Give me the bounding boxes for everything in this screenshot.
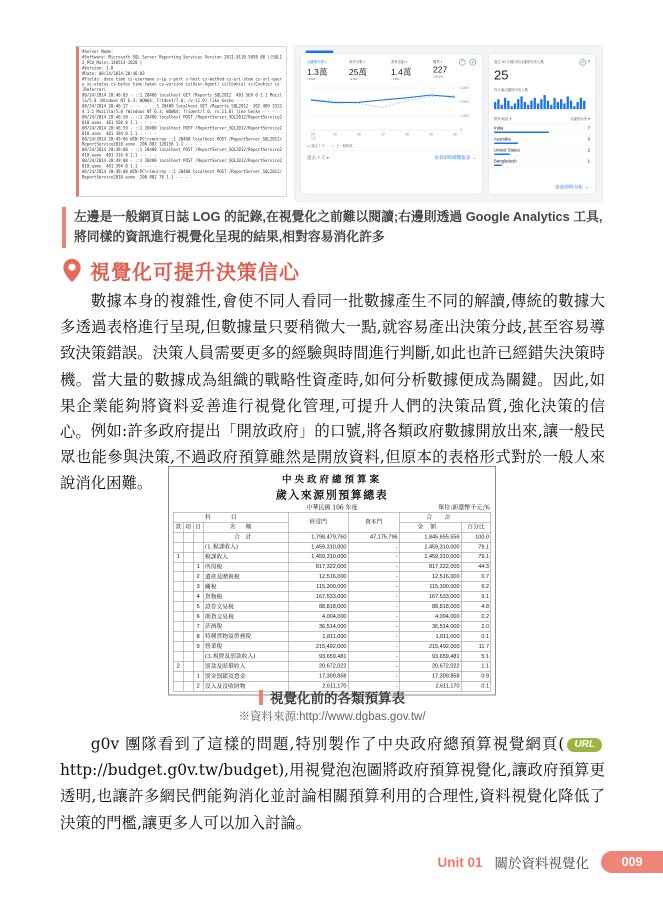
- cell-name: 證券交易稅: [203, 602, 288, 612]
- section-heading: 視覺化可提升決策信心: [62, 256, 300, 285]
- budget-table-unit-note: 單位:新臺幣千元;%: [438, 503, 490, 512]
- cell-amount: 88,818,000: [399, 602, 461, 612]
- cell-kuan: [173, 622, 183, 632]
- cell-kuan: 1: [173, 552, 183, 562]
- cell-capital: -: [348, 642, 399, 652]
- cell-mu: [193, 552, 203, 562]
- cell-regular: 817,322,000: [288, 562, 348, 572]
- location-pin-icon: [62, 258, 82, 283]
- cell-capital: 47,175,796: [348, 532, 399, 542]
- cell-kuan: [173, 582, 183, 592]
- ga-metrics: 活躍使用者 ▾1.3萬↑1.6%事件計數 ▾25萬↑3.9%重要活動 ▾1.4萬…: [307, 59, 476, 81]
- cell-mu: [193, 542, 203, 552]
- col-kuan: 款: [173, 522, 183, 532]
- cell-pct: 5.1: [461, 652, 490, 662]
- cell-pct: 2.0: [461, 622, 490, 632]
- country-row: India7: [494, 124, 590, 135]
- table-row: (3.規費及罰款收入)93,659,481-93,659,4815.1: [173, 652, 491, 662]
- cell-regular: 1,798,479,760: [288, 532, 348, 542]
- table-row: 6期貨交易稅4,004,000-4,004,0000.2: [173, 612, 491, 622]
- cell-regular: 36,514,000: [288, 622, 348, 632]
- table-row: 4貨物稅167,533,000-167,533,0009.1: [173, 592, 491, 602]
- budget-table: 科目 經常門 資本門 合計 款 項 目 名稱 金額 百分比: [173, 512, 491, 692]
- cell-mu: 1: [193, 672, 203, 682]
- realtime-header: 過去 30 分鐘內的活躍使用者人數: [494, 59, 577, 64]
- table-row: 3關稅115,300,000-115,300,0006.2: [173, 582, 491, 592]
- col-regular: 經常門: [288, 512, 348, 532]
- table-row: 1罰金罰鍰及怠金17,309,858-17,309,8580.9: [173, 672, 491, 682]
- cell-amount: 215,492,000: [399, 642, 461, 652]
- cell-name: 關稅: [203, 582, 288, 592]
- cell-pct: 79.1: [461, 542, 490, 552]
- table-row: 8特種貨物及勞務稅1,811,000-1,811,0000.1: [173, 632, 491, 642]
- cell-capital: -: [348, 662, 399, 672]
- metric-value: 25萬: [349, 65, 384, 78]
- cell-xiang: [183, 532, 193, 542]
- metric-selector[interactable]: 重要活動 ▾: [391, 59, 426, 64]
- col-pct: 百分比: [461, 522, 490, 532]
- svg-text:1,000: 1,000: [460, 114, 469, 118]
- cell-kuan: [173, 562, 183, 572]
- table-caption: 視覺化前的各類預算表: [168, 687, 496, 707]
- col-xiang: 項: [183, 522, 193, 532]
- country-list: India7Australia3United States2Bangladesh…: [494, 124, 590, 168]
- cell-amount: 12,516,000: [399, 572, 461, 582]
- check-circle-icon[interactable]: ✓: [579, 59, 586, 66]
- book-page: #Server Name: #Software: Microsoft SQL S…: [0, 0, 663, 897]
- log-box: #Server Name: #Software: Microsoft SQL S…: [76, 46, 287, 197]
- cell-capital: -: [348, 622, 399, 632]
- log-screenshot-panel: #Server Name: #Software: Microsoft SQL S…: [76, 46, 287, 197]
- cell-kuan: [173, 592, 183, 602]
- metric-value: 1.3萬: [307, 65, 342, 78]
- gauge-icon[interactable]: [459, 59, 466, 66]
- budget-table-figure: 中央政府總預算案 歲入來源別預算總表 中華民國 106 年度 單位:新臺幣千元;…: [168, 466, 496, 678]
- svg-text:28: 28: [405, 133, 409, 137]
- cell-name: 罰款及賠償收入: [203, 662, 288, 672]
- cell-name: 貨物稅: [203, 592, 288, 602]
- cell-capital: -: [348, 602, 399, 612]
- cell-capital: -: [348, 652, 399, 662]
- cell-pct: 9.1: [461, 592, 490, 602]
- legend-current-label: 過去 7 天: [311, 145, 325, 149]
- cell-pct: 1.1: [461, 662, 490, 672]
- cell-amount: 1,459,310,000: [399, 552, 461, 562]
- chevron-down-icon: ▾: [441, 61, 443, 64]
- cell-regular: 1,459,310,000: [288, 542, 348, 552]
- chevron-down-icon: ▾: [509, 117, 511, 122]
- chevron-down-icon: ▾: [406, 61, 408, 64]
- caption-accent-bar: [259, 690, 263, 705]
- country-row: Australia3: [494, 135, 590, 146]
- paragraph-3-url: http://budget.g0v.tw/budget: [60, 761, 278, 779]
- cell-capital: -: [348, 672, 399, 682]
- table-row: 1所得稅817,322,000-817,322,00044.3: [173, 562, 491, 572]
- cell-regular: 1,811,000: [288, 632, 348, 642]
- cell-amount: 115,300,000: [399, 582, 461, 592]
- cell-kuan: 2: [173, 662, 183, 672]
- country-bar: [494, 143, 518, 145]
- cell-kuan: [173, 612, 183, 622]
- country-cell: India: [494, 126, 549, 134]
- cell-name: (3.規費及罰款收入): [203, 652, 288, 662]
- col-name: 名稱: [203, 522, 288, 532]
- metric-change: ↑26.1%: [433, 76, 468, 79]
- realtime-analysis-link[interactable]: 查看即時分析 →: [555, 183, 589, 190]
- cell-kuan: [173, 652, 183, 662]
- cell-capital: -: [348, 552, 399, 562]
- svg-text:26: 26: [357, 133, 361, 137]
- cell-kuan: [173, 632, 183, 642]
- active-users-line-chart: 3,0002,0001,0000241月252627282930: [307, 84, 477, 142]
- ga-metric: 重要活動 ▾1.4萬↑1.8%: [391, 59, 426, 81]
- legend-current-swatch: —: [307, 145, 310, 149]
- per-minute-label: 每分鐘活躍使用者人數: [494, 87, 590, 92]
- caption-accent-bar: [62, 207, 66, 248]
- ga-metric: 活躍使用者 ▾1.3萬↑1.6%: [307, 59, 342, 81]
- metric-selector[interactable]: 事件計數 ▾: [349, 59, 384, 64]
- cell-kuan: [173, 542, 183, 552]
- cell-amount: 20,672,022: [399, 662, 461, 672]
- table-caption-text: 視覺化前的各類預算表: [270, 687, 405, 707]
- ga-screenshot-panel: ✓ 活躍使用者 ▾1.3萬↑1.6%事件計數 ▾25萬↑3.9%重要活動 ▾1.…: [294, 45, 602, 201]
- budget-table-subtitle: 歲入來源別預算總表: [173, 487, 491, 503]
- svg-text:0: 0: [460, 128, 462, 132]
- cell-xiang: [183, 602, 193, 612]
- metric-change: ↑1.8%: [391, 78, 426, 81]
- table-row: 1稅課收入1,459,310,000-1,459,310,00079.1: [173, 552, 491, 562]
- ga-dashboard: ✓ 活躍使用者 ▾1.3萬↑1.6%事件計數 ▾25萬↑3.9%重要活動 ▾1.…: [294, 45, 603, 202]
- realtime-users-value: 25: [494, 68, 590, 84]
- table-row: 5證券交易稅88,818,000-88,818,0004.8: [173, 602, 491, 612]
- cell-mu: 7: [193, 622, 203, 632]
- cell-name: 特種貨物及勞務稅: [203, 632, 288, 642]
- cell-amount: 93,659,481: [399, 652, 461, 662]
- ga-metric: 事件計數 ▾25萬↑3.9%: [349, 59, 384, 81]
- cell-kuan: [173, 572, 183, 582]
- cell-amount: 817,322,000: [399, 562, 461, 572]
- log-text: #Server Name: #Software: Microsoft SQL S…: [82, 50, 283, 181]
- cell-xiang: [183, 632, 193, 642]
- svg-text:30: 30: [453, 133, 457, 137]
- cell-amount: 1,459,310,000: [399, 542, 461, 552]
- cell-name: (1.稅課收入): [203, 542, 288, 552]
- paragraph-3: g0v 團隊看到了這樣的問題,特別製作了中央政府總預算視覺網頁(URLhttp:…: [60, 731, 605, 836]
- svg-text:3,000: 3,000: [460, 86, 469, 90]
- ga-realtime-card: 過去 30 分鐘內的活躍使用者人數 ✓ ▾ 25 每分鐘活躍使用者人數 國家/地…: [489, 54, 596, 195]
- table-row: 合計1,798,479,76047,175,7961,845,655,55610…: [173, 532, 491, 542]
- cell-regular: 17,309,858: [288, 672, 348, 682]
- figure-caption-text: 左邊是一般網頁日誌 LOG 的記錄,在視覺化之前難以閱讀;右邊則透過 Googl…: [74, 207, 610, 248]
- cell-pct: 100.0: [461, 532, 490, 542]
- footer-chapter-title: 關於資料視覺化: [495, 852, 590, 872]
- chevron-down-icon: ▾: [364, 61, 366, 64]
- cell-pct: 4.8: [461, 602, 490, 612]
- country-cell: Australia: [494, 137, 518, 145]
- cell-regular: 115,300,000: [288, 582, 348, 592]
- svg-text:25: 25: [333, 133, 337, 137]
- table-row: 2遺產及贈與稅12,516,000-12,516,0000.7: [173, 572, 491, 582]
- cell-pct: 11.7: [461, 642, 490, 652]
- legend-previous-swatch: ••: [332, 145, 335, 149]
- country-users: 2: [588, 148, 590, 153]
- budget-table-title: 中央政府總預算案: [173, 472, 491, 486]
- cell-capital: -: [348, 572, 399, 582]
- country-name: Australia: [494, 137, 518, 142]
- url-badge: URL: [567, 738, 602, 752]
- country-bar: [494, 154, 510, 156]
- cell-mu: [193, 652, 203, 662]
- cell-kuan: [173, 672, 183, 682]
- cell-name: 稅課收入: [203, 552, 288, 562]
- svg-text:29: 29: [429, 133, 433, 137]
- col-amount: 金額: [399, 522, 461, 532]
- svg-text:2,000: 2,000: [460, 100, 469, 104]
- cell-name: 期貨交易稅: [203, 612, 288, 622]
- ga-overview-card: ✓ 活躍使用者 ▾1.3萬↑1.6%事件計數 ▾25萬↑3.9%重要活動 ▾1.…: [301, 54, 483, 195]
- cell-regular: 88,818,000: [288, 602, 348, 612]
- cell-kuan: [173, 642, 183, 652]
- realtime-overview-link[interactable]: 查看即時總覽報表 →: [434, 154, 476, 161]
- metric-selector[interactable]: 活躍使用者 ▾: [307, 59, 342, 64]
- chevron-down-icon[interactable]: ▾: [588, 59, 590, 64]
- unit-label: Unit 01: [437, 855, 482, 870]
- cell-regular: 93,659,481: [288, 652, 348, 662]
- cell-amount: 1,845,655,556: [399, 532, 461, 542]
- cell-mu: 3: [193, 582, 203, 592]
- table-row: 9營業稅215,492,000-215,492,00011.7: [173, 642, 491, 652]
- chevron-down-icon: ▾: [327, 156, 329, 161]
- cell-name: 所得稅: [203, 562, 288, 572]
- cell-xiang: [183, 652, 193, 662]
- cell-pct: 0.7: [461, 572, 490, 582]
- country-users: 3: [588, 137, 590, 142]
- table-row: 7菸酒稅36,514,000-36,514,0002.0: [173, 622, 491, 632]
- cell-pct: 6.2: [461, 582, 490, 592]
- figure-caption: 左邊是一般網頁日誌 LOG 的記錄,在視覺化之前難以閱讀;右邊則透過 Googl…: [62, 207, 610, 248]
- cell-pct: 0.2: [461, 612, 490, 622]
- users-column-header[interactable]: 活躍使用者 ▾: [570, 116, 590, 121]
- cell-mu: [193, 662, 203, 672]
- cell-xiang: [183, 612, 193, 622]
- cell-pct: 0.9: [461, 672, 490, 682]
- table-row: 2罰款及賠償收入20,672,022-20,672,0221.1: [173, 662, 491, 672]
- cell-xiang: [183, 542, 193, 552]
- country-column-header[interactable]: 國家/地區 ▾: [494, 116, 511, 121]
- country-name: United States: [494, 148, 520, 153]
- cell-kuan: [173, 602, 183, 612]
- cell-mu: 2: [193, 572, 203, 582]
- country-bar: [494, 165, 502, 167]
- per-minute-bar-chart: [494, 94, 589, 111]
- budget-table-box: 中央政府總預算案 歲入來源別預算總表 中華民國 106 年度 單位:新臺幣千元;…: [168, 466, 496, 696]
- cell-mu: 6: [193, 612, 203, 622]
- cell-pct: 0.1: [461, 632, 490, 642]
- cell-capital: -: [348, 582, 399, 592]
- section-heading-text: 視覺化可提升決策信心: [90, 256, 300, 285]
- metric-value: 1.4萬: [391, 65, 426, 78]
- col-total: 合計: [399, 512, 490, 522]
- cell-xiang: [183, 592, 193, 602]
- cell-regular: 167,533,000: [288, 592, 348, 602]
- cell-mu: 4: [193, 592, 203, 602]
- cell-xiang: [183, 572, 193, 582]
- cell-mu: 5: [193, 602, 203, 612]
- cell-xiang: [183, 662, 193, 672]
- country-users: 7: [588, 126, 590, 131]
- cell-name: 菸酒稅: [203, 622, 288, 632]
- cell-pct: 79.1: [461, 552, 490, 562]
- cell-capital: -: [348, 542, 399, 552]
- cell-xiang: [183, 582, 193, 592]
- cell-capital: -: [348, 562, 399, 572]
- cell-amount: 17,309,858: [399, 672, 461, 682]
- cell-xiang: [183, 622, 193, 632]
- cell-regular: 4,004,000: [288, 612, 348, 622]
- cell-xiang: [183, 552, 193, 562]
- cell-amount: 36,514,000: [399, 622, 461, 632]
- legend-previous-label: 上一個時段: [336, 145, 352, 149]
- country-row: Bangladesh1: [494, 157, 590, 168]
- cell-name: 遺產及贈與稅: [203, 572, 288, 582]
- country-row: United States2: [494, 146, 590, 157]
- cell-mu: 1: [193, 562, 203, 572]
- chevron-down-icon: ▾: [325, 61, 327, 64]
- check-circle-icon[interactable]: ✓: [470, 59, 477, 66]
- cell-xiang: [183, 642, 193, 652]
- col-capital: 資本門: [348, 512, 399, 532]
- cell-xiang: [183, 672, 193, 682]
- country-bar: [494, 132, 549, 134]
- cell-pct: 44.3: [461, 562, 490, 572]
- country-users: 1: [588, 159, 590, 164]
- paragraph-3-before: g0v 團隊看到了這樣的問題,特別製作了中央政府總預算視覺網頁(: [91, 735, 565, 753]
- cell-amount: 4,004,000: [399, 612, 461, 622]
- cell-amount: 167,533,000: [399, 592, 461, 602]
- cell-kuan: [173, 532, 183, 542]
- metric-value: 227: [433, 65, 468, 75]
- metric-change: ↑3.9%: [349, 78, 384, 81]
- metric-change: ↑1.6%: [307, 78, 342, 81]
- svg-text:27: 27: [381, 133, 385, 137]
- cell-mu: [193, 532, 203, 542]
- cell-amount: 1,811,000: [399, 632, 461, 642]
- col-mu: 目: [193, 522, 203, 532]
- svg-text:241月: 241月: [311, 133, 316, 141]
- card-divider: [307, 151, 476, 152]
- page-footer: Unit 01 關於資料視覺化 009: [437, 851, 663, 873]
- cell-capital: -: [348, 632, 399, 642]
- cell-name: 營業稅: [203, 642, 288, 652]
- chevron-down-icon: ▾: [588, 117, 590, 122]
- cell-regular: 20,672,022: [288, 662, 348, 672]
- cell-capital: -: [348, 592, 399, 602]
- chart-legend: — 過去 7 天 •• 上一個時段: [307, 143, 476, 148]
- col-subject: 科目: [173, 512, 288, 522]
- country-name: India: [494, 126, 549, 131]
- country-cell: Bangladesh: [494, 159, 517, 167]
- table-row: (1.稅課收入)1,459,310,000-1,459,310,00079.1: [173, 542, 491, 552]
- table-source: ※資料來源:http://www.dgbas.gov.tw/: [168, 708, 496, 724]
- cell-capital: -: [348, 612, 399, 622]
- cell-mu: 9: [193, 642, 203, 652]
- cell-regular: 1,459,310,000: [288, 552, 348, 562]
- cell-mu: 8: [193, 632, 203, 642]
- cell-name: 合計: [203, 532, 288, 542]
- country-cell: United States: [494, 148, 520, 156]
- date-range-selector[interactable]: 過去 7 天 ▾: [307, 154, 329, 161]
- page-number-badge: 009: [601, 851, 663, 873]
- cell-regular: 12,516,000: [288, 572, 348, 582]
- cell-regular: 215,492,000: [288, 642, 348, 652]
- cell-name: 罰金罰鍰及怠金: [203, 672, 288, 682]
- country-name: Bangladesh: [494, 159, 517, 164]
- cell-xiang: [183, 562, 193, 572]
